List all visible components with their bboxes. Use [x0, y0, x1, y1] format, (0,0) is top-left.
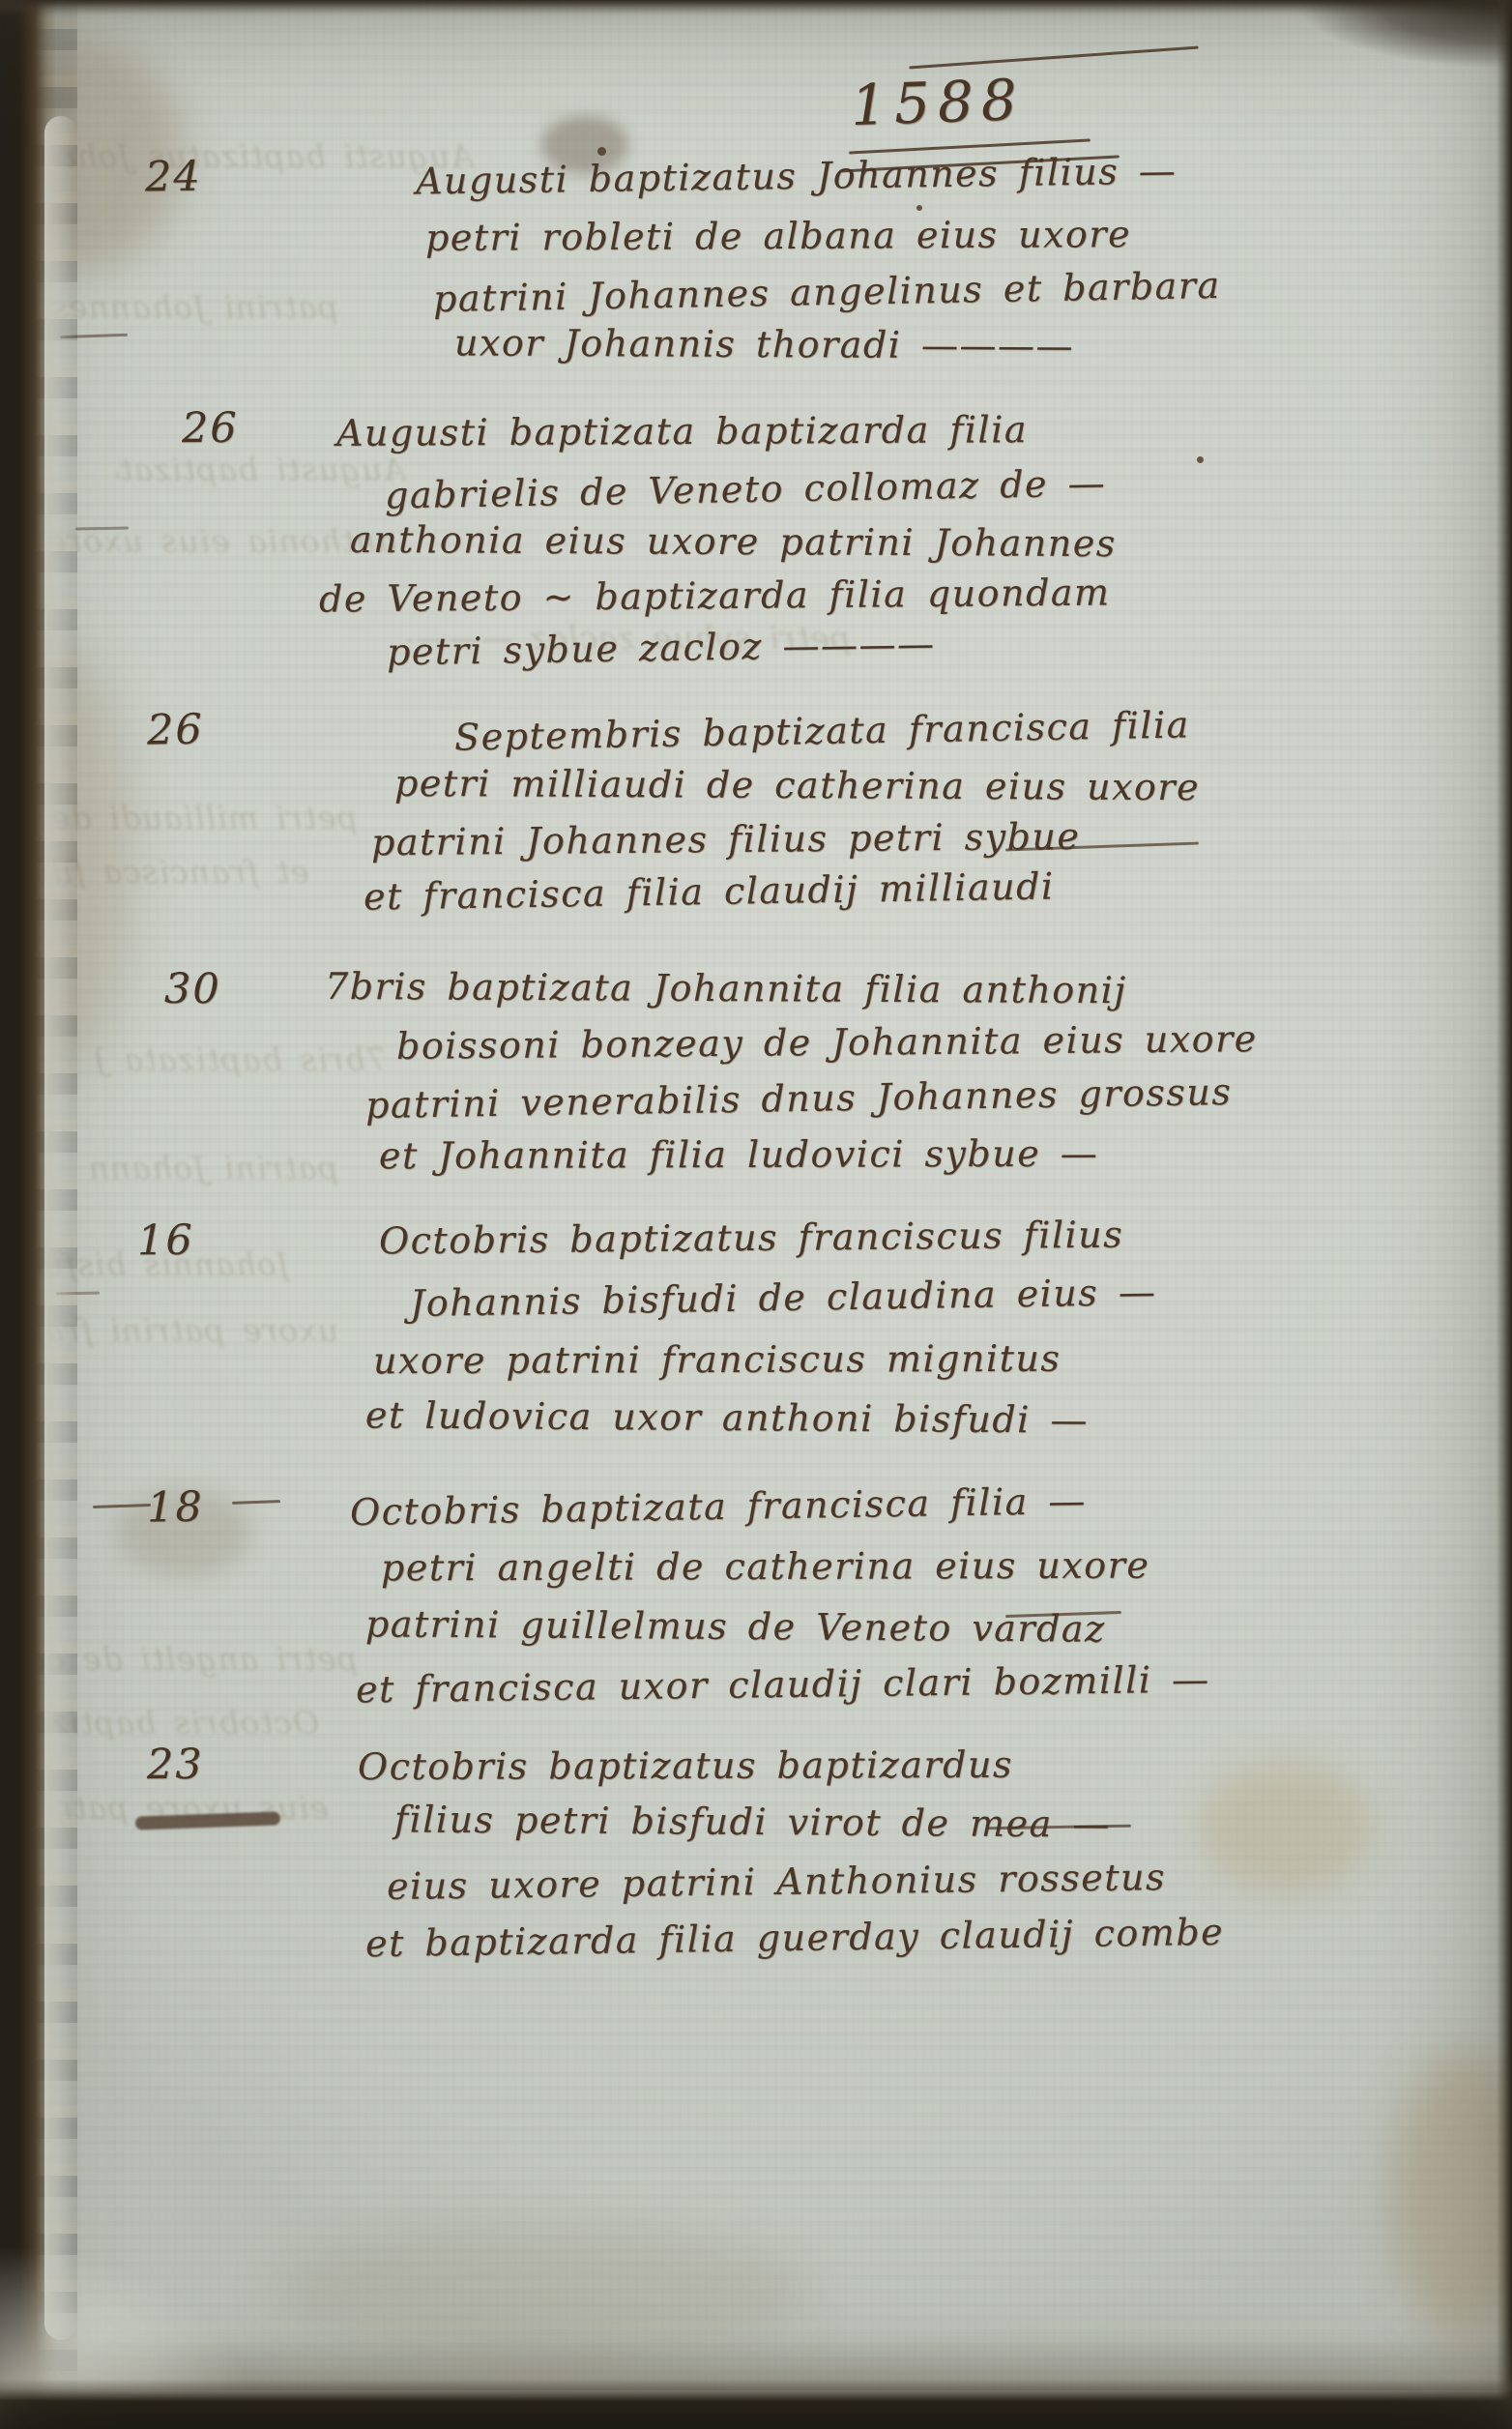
entry-text-line: Augusti baptizata baptizarda filia	[336, 408, 1028, 454]
page-bottom-left-curl	[0, 2245, 251, 2400]
entry-text-line: petri milliaudi de catherina eius uxore	[394, 762, 1200, 808]
entry-text-line: filius petri bisfudi virot de mea —	[394, 1798, 1111, 1845]
entry-text-line: uxor Johannis thoradi ————	[454, 321, 1074, 366]
entry-text-line: de Veneto ~ baptizarda filia quondam	[319, 571, 1111, 620]
entry-text-line: petri sybue zacloz ————	[387, 623, 936, 674]
entry-text-line: patrini venerabilis dnus Johannes grossu…	[365, 1070, 1233, 1127]
entry-text-line: anthonia eius uxore patrini Johannes	[350, 518, 1117, 565]
entry-text-line: Augusti baptizatus Johannes filius —	[416, 150, 1178, 203]
entry-day-number: 30	[164, 965, 221, 1013]
entry-text-line: Septembris baptizata francisca filia	[454, 703, 1190, 758]
entry-day-number: 26	[182, 404, 239, 453]
crossed-out-word-blot	[135, 1811, 280, 1829]
entry-text-line: et ludovica uxor anthoni bisfudi —	[365, 1393, 1089, 1441]
entry-text-line: boissoni bonzeay de Johannita eius uxore	[396, 1017, 1258, 1068]
entry-text-line: patrini Johannes filius petri sybue	[371, 815, 1081, 863]
entry-text-line: patrini guillelmus de Veneto vardaz	[365, 1602, 1106, 1650]
entry-text-line: Octobris baptizatus baptizardus	[358, 1743, 1013, 1788]
bleedthrough-text: petri milliaudi de catherina eius uxore	[39, 799, 358, 836]
page-top-right-corner	[1299, 0, 1512, 68]
entry-text-line: uxore patrini franciscus mignitus	[373, 1337, 1061, 1382]
entry-text-line: gabrielis de Veneto collomaz de —	[385, 461, 1107, 516]
entry-text-line: Octobris baptizata francisca filia —	[350, 1479, 1087, 1534]
entry-text-line: 7bris baptizata Johannita filia anthonij	[325, 965, 1127, 1011]
bleedthrough-text: patrini Johannes filius petri sybue	[87, 1149, 338, 1186]
bleedthrough-text: Augusti baptizata baptizarda filia	[116, 451, 406, 488]
entry-day-number: 26	[147, 705, 205, 754]
bleedthrough-text: Augusti baptizatus Johannes filius —	[68, 137, 474, 175]
entry-day-number: 16	[137, 1216, 194, 1266]
margin-dash-mark	[232, 1500, 280, 1505]
entry-text-line: et francisca uxor claudij clari bozmilli…	[356, 1658, 1210, 1712]
page-bottom-edge	[0, 2379, 1512, 2429]
ink-spot	[916, 205, 922, 211]
entry-text-line: petri angelti de catherina eius uxore	[381, 1544, 1149, 1590]
paper-stain	[1392, 2050, 1512, 2340]
entry-text-line: et baptizarda filia guerday claudij comb…	[365, 1911, 1225, 1965]
entry-text-line: Octobris baptizatus franciscus filius	[379, 1214, 1124, 1263]
entry-day-number: 24	[145, 153, 202, 202]
manuscript-page: Augusti baptizatus Johannes filius — pat…	[0, 0, 1512, 2429]
page-right-edge	[1497, 0, 1512, 2429]
entry-day-number: 18	[147, 1483, 204, 1533]
entry-text-line: et Johannita filia ludovici sybue —	[379, 1132, 1098, 1178]
entry-text-line: Johannis bisfudi de claudina eius —	[410, 1271, 1157, 1325]
entry-text-line: patrini Johannes angelinus et barbara	[433, 264, 1221, 320]
entry-day-number: 23	[147, 1741, 204, 1789]
heading-overline	[909, 46, 1198, 70]
entry-text-line: et francisca filia claudij milliaudi	[363, 864, 1055, 918]
paper-stain	[1199, 1760, 1373, 1895]
entry-text-line: petri robleti de albana eius uxore	[425, 213, 1131, 259]
underlying-page-edge	[44, 116, 77, 2340]
ink-spot	[1197, 456, 1204, 463]
page-top-edge	[0, 0, 1512, 15]
margin-dash-mark	[75, 527, 129, 531]
bleedthrough-text: petri angelti de catherina eius uxore	[39, 1640, 358, 1678]
year-heading: 1588	[850, 67, 1026, 138]
bleedthrough-text: 7bris baptizata Johannita filia anthonij	[97, 1040, 387, 1078]
entry-text-line: eius uxore patrini Anthonius rossetus	[387, 1856, 1166, 1908]
margin-dash-mark	[93, 1504, 151, 1508]
ink-spot	[597, 147, 606, 156]
